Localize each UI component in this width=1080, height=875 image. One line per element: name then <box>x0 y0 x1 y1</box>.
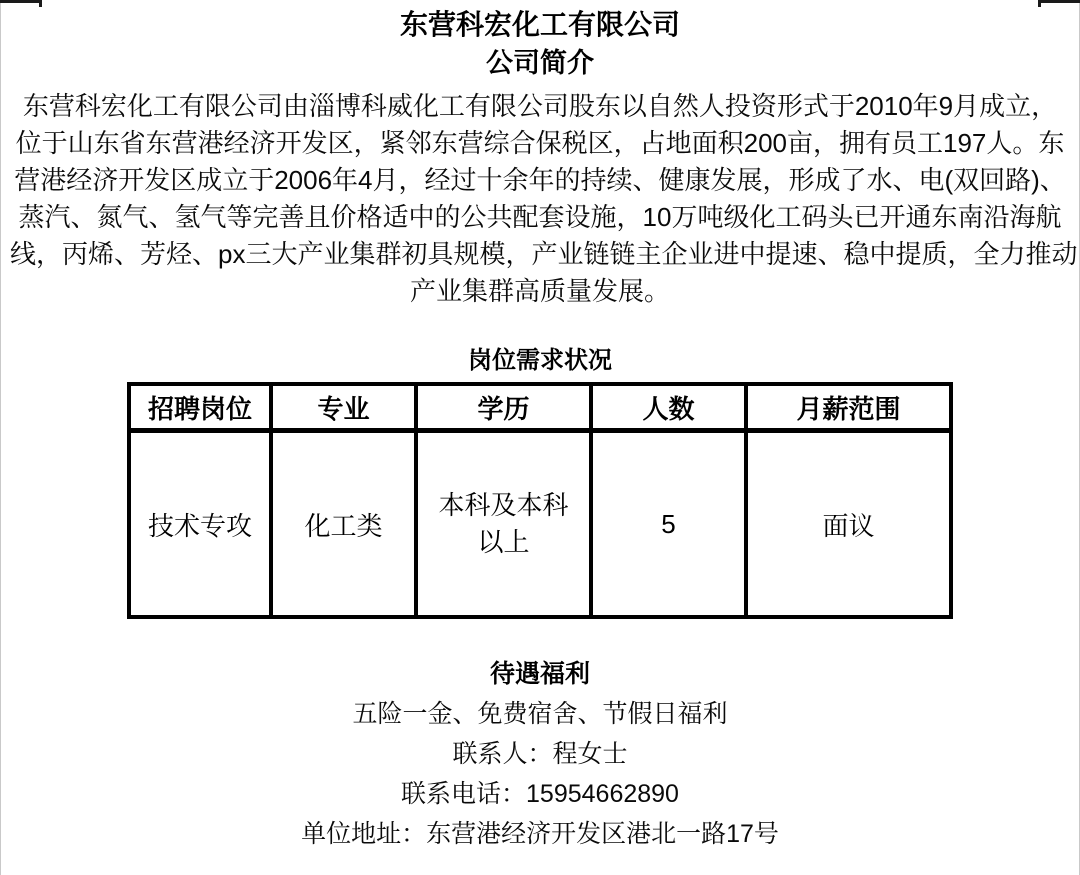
intro-line: 线，丙烯、芳烃、px三大产业集群初具规模，产业链链主企业进中提速、稳中提质，全力… <box>10 236 1070 273</box>
benefits-block: 五险一金、免费宿舍、节假日福利 联系人：程女士 联系电话：15954662890… <box>0 694 1080 854</box>
column-header-headcount: 人数 <box>591 384 746 431</box>
intro-line: 蒸汽、氮气、氢气等完善且价格适中的公共配套设施，10万吨级化工码头已开通东南沿海… <box>10 199 1070 236</box>
column-header-salary-range: 月薪范围 <box>746 384 951 431</box>
benefits-welfare-line: 五险一金、免费宿舍、节假日福利 <box>0 694 1080 734</box>
company-address-line: 单位地址：东营港经济开发区港北一路17号 <box>0 814 1080 854</box>
column-header-position: 招聘岗位 <box>129 384 271 431</box>
column-header-major: 专业 <box>271 384 416 431</box>
cell-major: 化工类 <box>271 431 416 618</box>
table-row: 技术专攻 化工类 本科及本科 以上 5 面议 <box>129 431 951 618</box>
cropped-box-corner-right <box>1038 0 1080 7</box>
intro-line: 产业集群高质量发展。 <box>10 273 1070 310</box>
page-subtitle-company-intro: 公司简介 <box>0 47 1080 79</box>
cell-position: 技术专攻 <box>129 431 271 618</box>
document-page: 东营科宏化工有限公司 公司简介 东营科宏化工有限公司由淄博科威化工有限公司股东以… <box>0 0 1080 875</box>
company-title: 东营科宏化工有限公司 <box>0 8 1080 42</box>
section-heading-benefits: 待遇福利 <box>0 659 1080 690</box>
company-intro-paragraph: 东营科宏化工有限公司由淄博科威化工有限公司股东以自然人投资形式于2010年9月成… <box>0 88 1080 310</box>
cell-education: 本科及本科 以上 <box>416 431 591 618</box>
contact-phone-line: 联系电话：15954662890 <box>0 774 1080 814</box>
intro-line: 位于山东省东营港经济开发区，紧邻东营综合保税区，占地面积200亩，拥有员工197… <box>10 125 1070 162</box>
page-left-edge-line <box>0 0 1 875</box>
cell-salary: 面议 <box>746 431 951 618</box>
section-heading-job-requirements: 岗位需求状况 <box>0 346 1080 376</box>
cell-headcount: 5 <box>591 431 746 618</box>
intro-line: 东营科宏化工有限公司由淄博科威化工有限公司股东以自然人投资形式于2010年9月成… <box>10 88 1070 125</box>
cropped-box-corner-left <box>0 0 42 7</box>
intro-line: 营港经济开发区成立于2006年4月，经过十余年的持续、健康发展，形成了水、电(双… <box>10 162 1070 199</box>
contact-person-line: 联系人：程女士 <box>0 734 1080 774</box>
column-header-education: 学历 <box>416 384 591 431</box>
job-requirements-table: 招聘岗位 专业 学历 人数 月薪范围 技术专攻 化工类 本科及本科 以上 5 面… <box>127 382 953 619</box>
table-header-row: 招聘岗位 专业 学历 人数 月薪范围 <box>129 384 951 431</box>
